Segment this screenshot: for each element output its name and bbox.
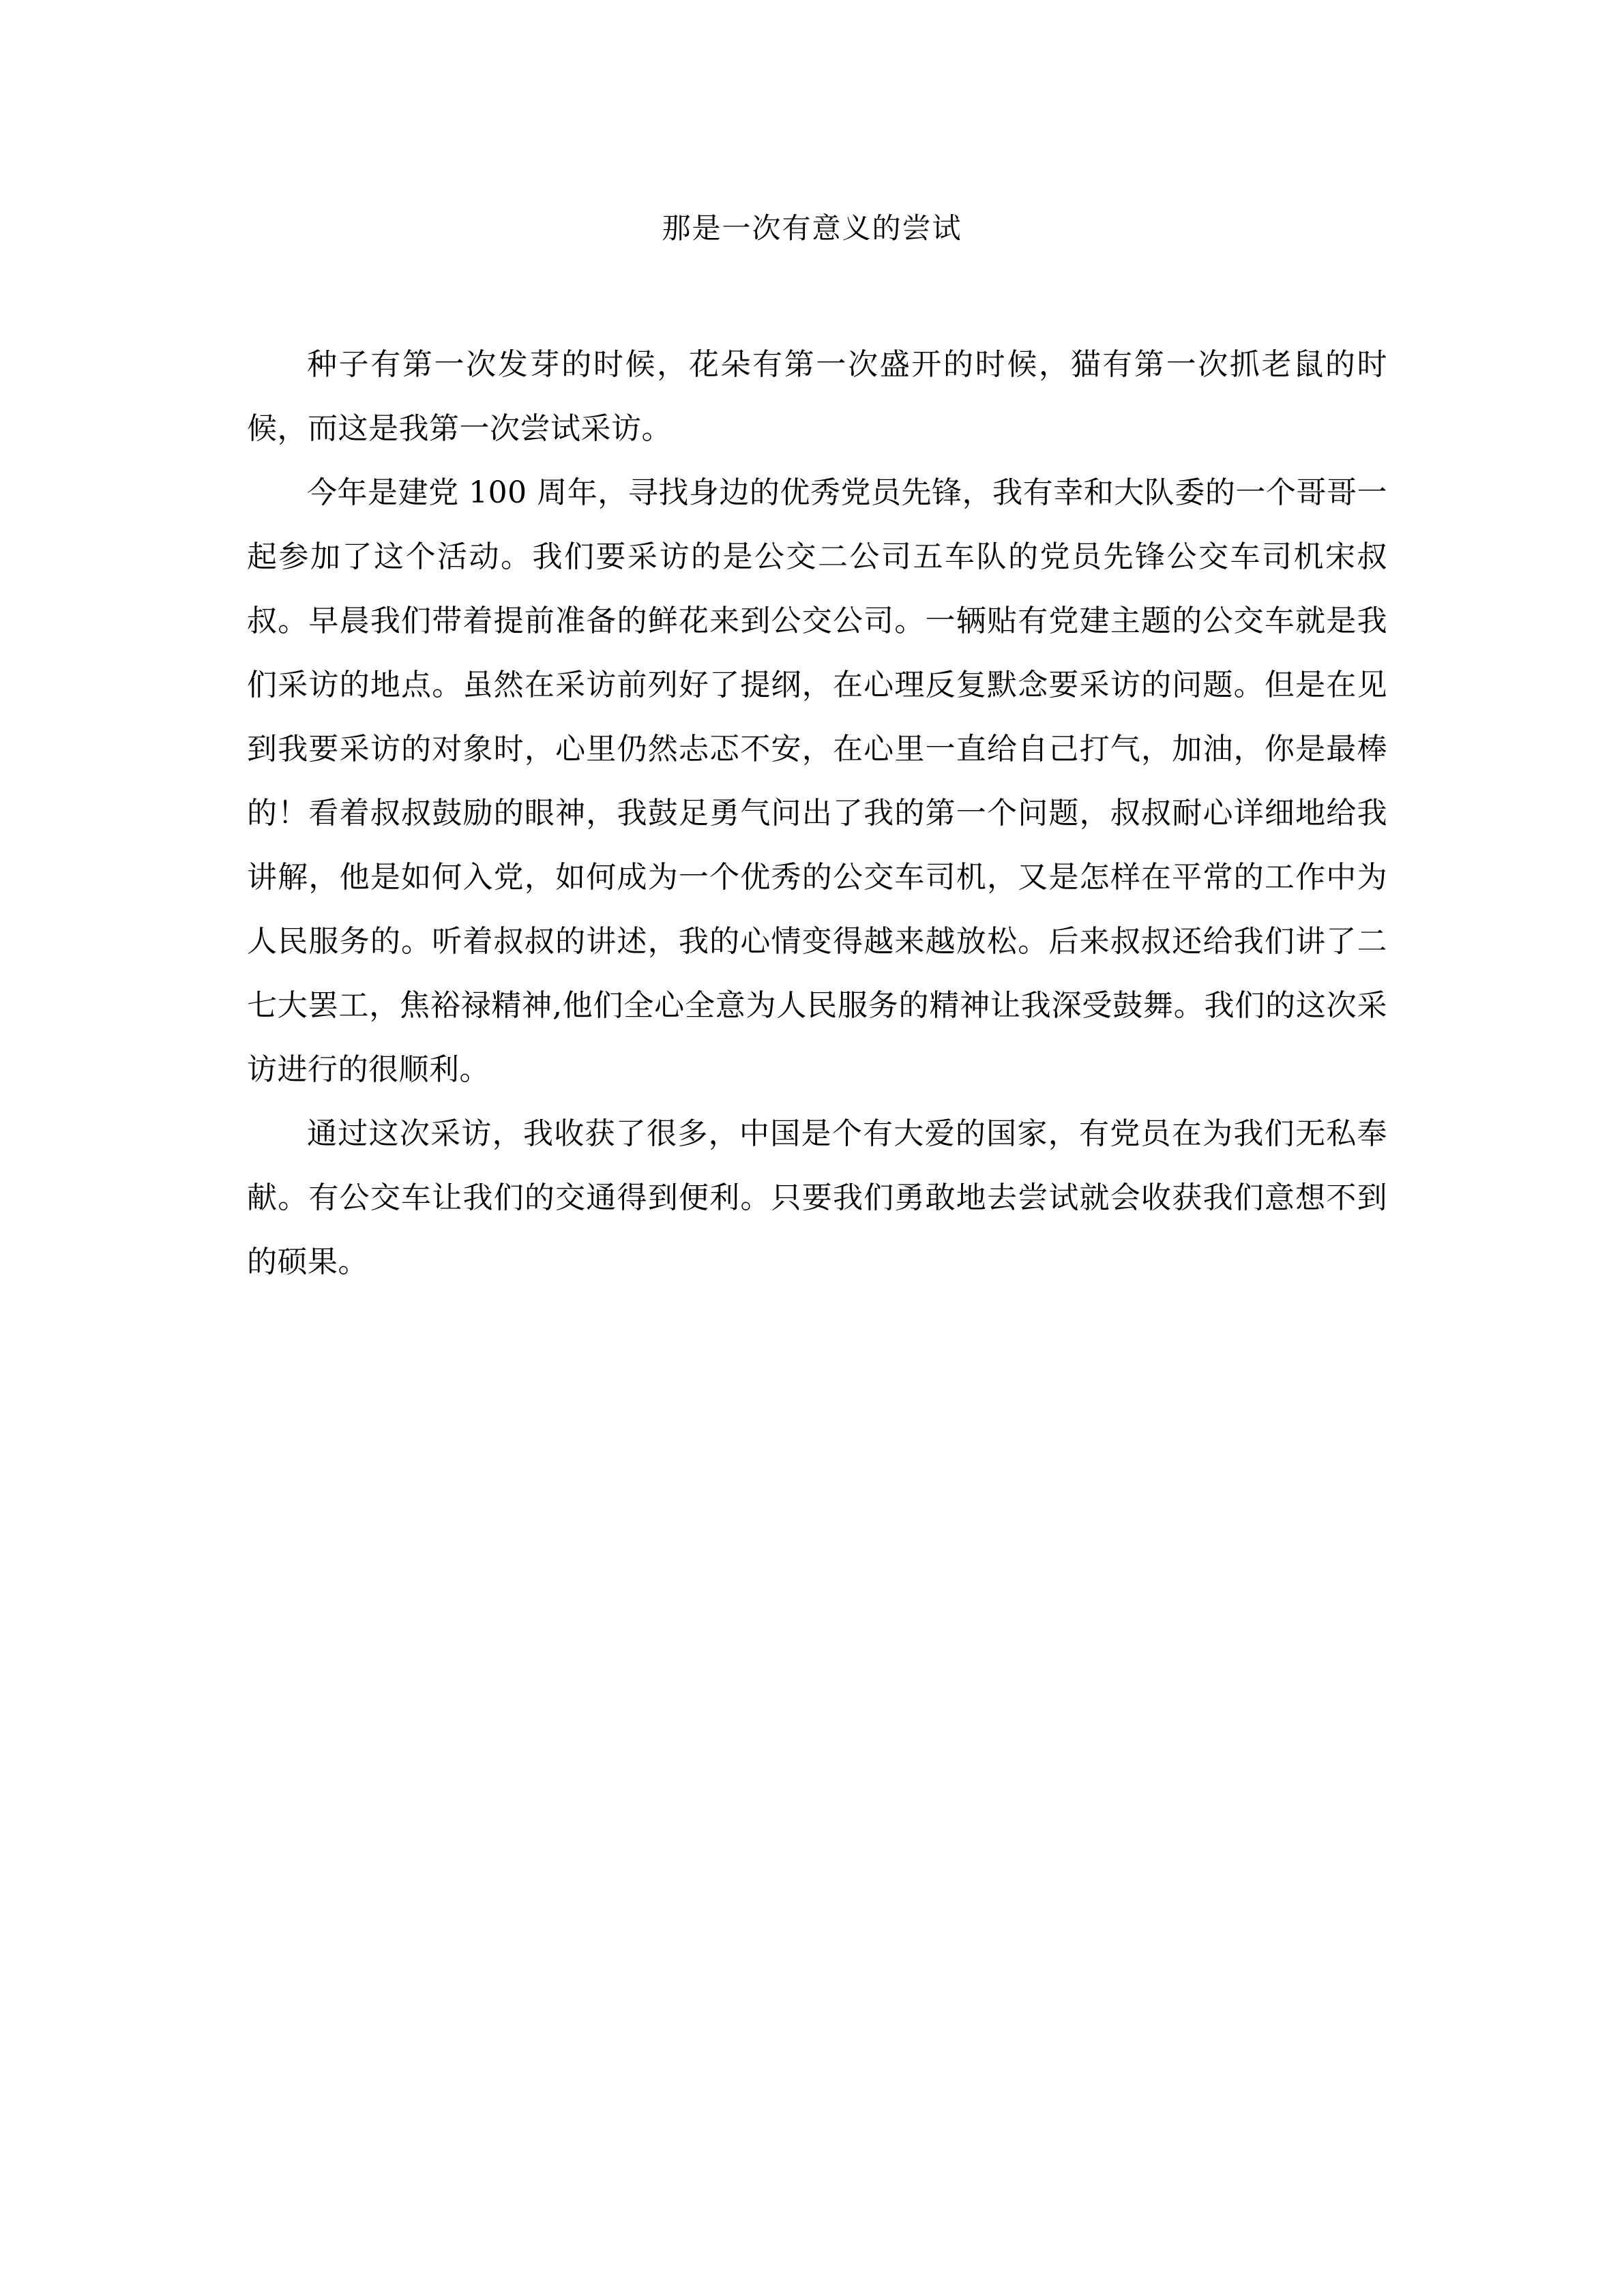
document-page: 那是一次有意义的尝试 种子有第一次发芽的时候，花朵有第一次盛开的时候，猫有第一次… (0, 0, 1624, 2296)
paragraph-intro: 种子有第一次发芽的时候，花朵有第一次盛开的时候，猫有第一次抓老鼠的时候，而这是我… (247, 333, 1387, 461)
document-title: 那是一次有意义的尝试 (0, 208, 1624, 249)
document-body: 种子有第一次发芽的时候，花朵有第一次盛开的时候，猫有第一次抓老鼠的时候，而这是我… (247, 333, 1387, 1294)
paragraph-conclusion: 通过这次采访，我收获了很多，中国是个有大爱的国家，有党员在为我们无私奉献。有公交… (247, 1102, 1387, 1294)
paragraph-interview: 今年是建党 100 周年，寻找身边的优秀党员先锋，我有幸和大队委的一个哥哥一起参… (247, 461, 1387, 1102)
